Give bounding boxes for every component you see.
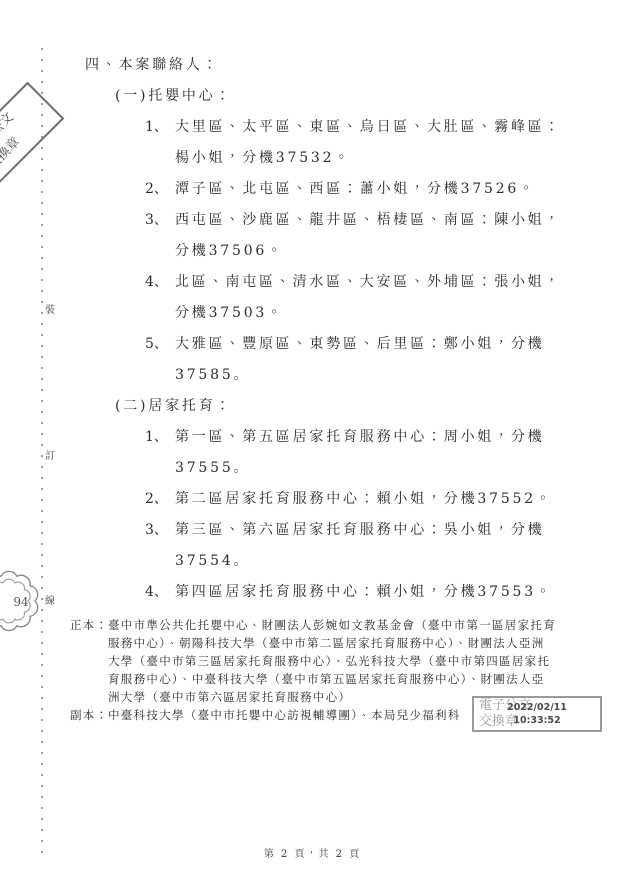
exchange-stamp-datetime: 2022/02/11 10:33:52 — [474, 701, 600, 727]
binding-mark-zhuang: 裝 — [45, 301, 55, 316]
item-text-line: 第三區、第六區居家托育服務中心：吳小姐，分機 — [175, 515, 615, 546]
original-line: 育服務中心）、中臺科技大學（臺中市第五區居家托育服務中心）、財團法人亞 — [108, 670, 590, 688]
document-body: 四、本案聯絡人： (一)托嬰中心： 1、 大里區、太平區、東區、烏日區、大肚區、… — [85, 50, 615, 608]
subsection-home-care: (二)居家托育： 1、 第一區、第五區居家托育服務中心：周小姐，分機 37555… — [115, 391, 615, 608]
contact-item: 3、 西屯區、沙鹿區、龍井區、梧棲區、南區：陳小姐， 分機37506。 — [145, 205, 615, 267]
exchange-stamp-time: 10:33:52 — [474, 714, 600, 727]
subsection-1-items: 1、 大里區、太平區、東區、烏日區、大肚區、霧峰區： 楊小姐，分機37532。 … — [145, 112, 615, 391]
contact-item: 1、 大里區、太平區、東區、烏日區、大肚區、霧峰區： 楊小姐，分機37532。 — [145, 112, 615, 174]
item-text-line: 第二區居家托育服務中心：賴小姐，分機37552。 — [175, 484, 615, 515]
original-line: 大學（臺中市第三區居家托育服務中心）、弘光科技大學（臺中市第四區居家托 — [108, 652, 590, 670]
item-text-line: 第四區居家托育服務中心：賴小姐，分機37553。 — [175, 577, 615, 608]
original-label: 正本： — [70, 616, 108, 634]
exchange-stamp-date: 2022/02/11 — [474, 701, 600, 714]
exchange-stamp: 電子公文 交換章 2022/02/11 10:33:52 — [472, 696, 602, 732]
item-text-line: 37585。 — [175, 360, 615, 391]
item-text-line: 37554。 — [175, 546, 615, 577]
item-text-line: 大里區、太平區、東區、烏日區、大肚區、霧峰區： — [175, 112, 615, 143]
item-text-line: 西屯區、沙鹿區、龍井區、梧棲區、南區：陳小姐， — [175, 205, 615, 236]
item-text-line: 楊小姐，分機37532。 — [175, 143, 615, 174]
item-text-line: 大雅區、豐原區、東勢區、后里區：鄭小姐，分機 — [175, 329, 615, 360]
perforation-seal-number: 94 — [13, 595, 29, 609]
original-recipients: 正本： 臺中市準公共化托嬰中心、財團法人彭婉如文教基金會（臺中市第一區居家托育 … — [70, 616, 590, 706]
contact-item: 5、 大雅區、豐原區、東勢區、后里區：鄭小姐，分機 37585。 — [145, 329, 615, 391]
original-line: 服務中心）、朝陽科技大學（臺中市第二區居家托育服務中心）、財團法人亞洲 — [108, 634, 590, 652]
corner-exchange-stamp: 電子公文 交換章 — [0, 82, 64, 187]
document-page: { "document": { "section_title": "四、本案聯絡… — [0, 0, 625, 890]
contact-item: 3、 第三區、第六區居家托育服務中心：吳小姐，分機 37554。 — [145, 515, 615, 577]
item-text-line: 北區、南屯區、清水區、大安區、外埔區：張小姐， — [175, 267, 615, 298]
item-marker: 3、 — [145, 205, 168, 236]
contact-item: 4、 第四區居家托育服務中心：賴小姐，分機37553。 — [145, 577, 615, 608]
perforation-seal: 94 — [0, 566, 44, 636]
item-text-line: 第一區、第五區居家托育服務中心：周小姐，分機 — [175, 422, 615, 453]
item-marker: 2、 — [145, 174, 168, 205]
item-text-line: 37555。 — [175, 453, 615, 484]
subsection-2-label: (二)居家托育： — [115, 391, 615, 422]
subsection-infant-centers: (一)托嬰中心： 1、 大里區、太平區、東區、烏日區、大肚區、霧峰區： 楊小姐，… — [115, 81, 615, 391]
contact-item: 1、 第一區、第五區居家托育服務中心：周小姐，分機 37555。 — [145, 422, 615, 484]
page-number-footer: 第 2 頁，共 2 頁 — [0, 845, 625, 860]
item-marker: 5、 — [145, 329, 168, 360]
item-text-line: 分機37506。 — [175, 236, 615, 267]
subsection-2-items: 1、 第一區、第五區居家托育服務中心：周小姐，分機 37555。 2、 第二區居… — [145, 422, 615, 608]
binding-dotted-line — [41, 48, 43, 855]
perforation-seal-icon: 94 — [0, 566, 44, 636]
original-line: 臺中市準公共化托嬰中心、財團法人彭婉如文教基金會（臺中市第一區居家托育 — [108, 616, 590, 634]
item-marker: 4、 — [145, 267, 168, 298]
item-marker: 1、 — [145, 422, 168, 453]
binding-mark-xian: 線 — [45, 592, 55, 607]
item-marker: 2、 — [145, 484, 168, 515]
item-marker: 3、 — [145, 515, 168, 546]
item-text-line: 潭子區、北屯區、西區：蕭小姐，分機37526。 — [175, 174, 615, 205]
binding-mark-ding: 訂 — [45, 447, 55, 462]
subsection-1-label: (一)托嬰中心： — [115, 81, 615, 112]
item-text-line: 分機37503。 — [175, 298, 615, 329]
item-marker: 1、 — [145, 112, 168, 143]
contact-item: 4、 北區、南屯區、清水區、大安區、外埔區：張小姐， 分機37503。 — [145, 267, 615, 329]
section-title: 四、本案聯絡人： — [85, 50, 615, 81]
copy-label: 副本： — [70, 706, 108, 724]
item-marker: 4、 — [145, 577, 168, 608]
contact-item: 2、 潭子區、北屯區、西區：蕭小姐，分機37526。 — [145, 174, 615, 205]
contact-item: 2、 第二區居家托育服務中心：賴小姐，分機37552。 — [145, 484, 615, 515]
